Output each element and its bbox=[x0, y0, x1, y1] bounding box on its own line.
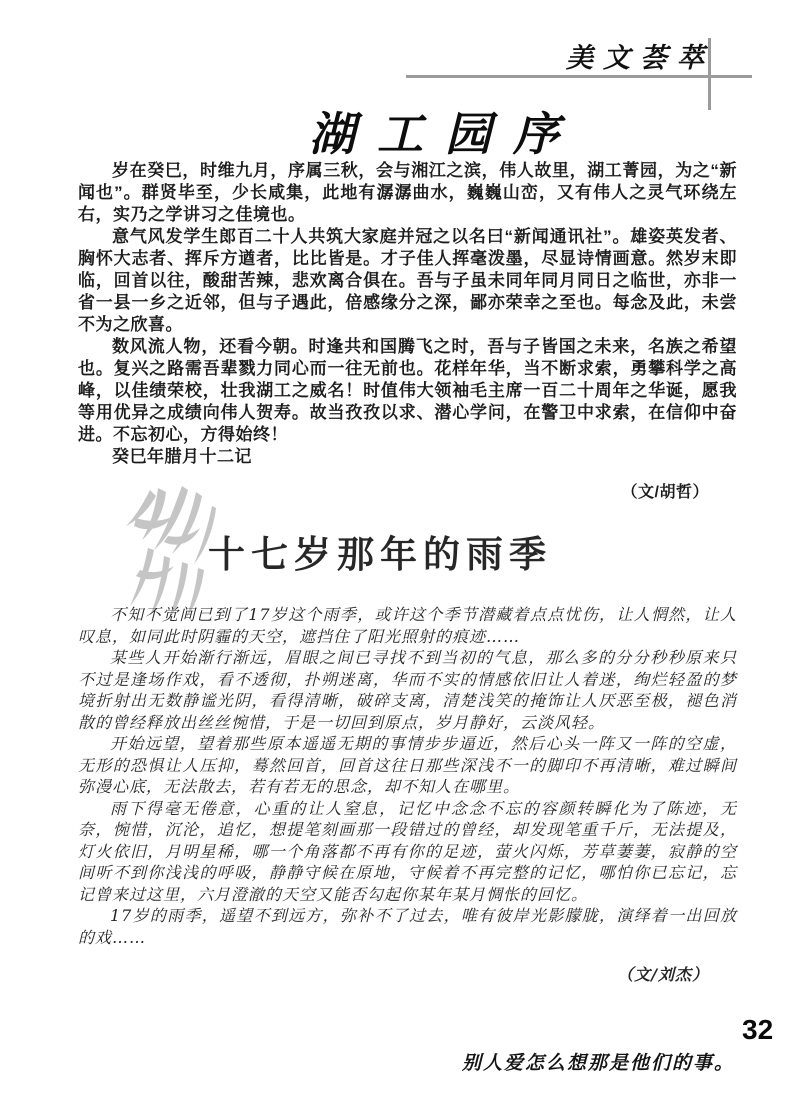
section-header-title: 美文荟萃 bbox=[566, 36, 714, 75]
article2-paragraph: 开始远望，望着那些原本遥遥无期的事情步步逼近，然后心头一阵又一阵的空虚，无形的恐… bbox=[78, 733, 737, 798]
article2-byline: （文/刘杰） bbox=[78, 964, 737, 986]
article2-body: 不知不觉间已到了17岁这个雨季，或许这个季节潜藏着点点忧伤，让人惘然，让人叹息，… bbox=[78, 604, 737, 986]
article2-title: 十七岁那年的雨季 bbox=[208, 524, 552, 578]
article2-paragraph: 某些人开始渐行渐远，眉眼之间已寻找不到当初的气息，那么多的分分秒秒原来只不过是逢… bbox=[78, 647, 737, 733]
article2-paragraph: 17岁的雨季，遥望不到远方，弥补不了过去，唯有彼岸光影朦胧，演绎着一出回放的戏…… bbox=[78, 905, 737, 948]
article1-paragraph: 意气风发学生郎百二十人共筑大家庭并冠之以名曰“新闻通讯社”。雄姿英发者、胸怀大志… bbox=[78, 226, 737, 336]
article1-title: 湖工园序 bbox=[230, 98, 660, 164]
article2-paragraph: 雨下得毫无倦意，心重的让人窒息，记忆中念念不忘的容颜转瞬化为了陈迹，无奈，惋惜，… bbox=[78, 798, 737, 906]
article1-paragraph: 岁在癸巳，时维九月，序属三秋，会与湘江之滨，伟人故里，湖工菁园，为之“新闻也”。… bbox=[78, 160, 737, 226]
article1-paragraph: 数风流人物，还看今朝。时逢共和国腾飞之时，吾与子皆国之未来，名族之希望也。复兴之… bbox=[78, 336, 737, 446]
footer-quote: 别人爱怎么想那是他们的事。 bbox=[462, 1048, 735, 1075]
article2-paragraph: 不知不觉间已到了17岁这个雨季，或许这个季节潜藏着点点忧伤，让人惘然，让人叹息，… bbox=[78, 604, 737, 647]
header-horizontal-rule bbox=[406, 75, 752, 78]
article1-date-line: 癸巳年腊月十二记 bbox=[78, 446, 737, 468]
magazine-page: 美文荟萃 湖工园序 岁在癸巳，时维九月，序属三秋，会与湘江之滨，伟人故里，湖工菁… bbox=[0, 0, 806, 1095]
article1-body: 岁在癸巳，时维九月，序属三秋，会与湘江之滨，伟人故里，湖工菁园，为之“新闻也”。… bbox=[78, 160, 737, 504]
header-vertical-rule bbox=[708, 38, 711, 110]
page-number: 32 bbox=[742, 1014, 773, 1046]
